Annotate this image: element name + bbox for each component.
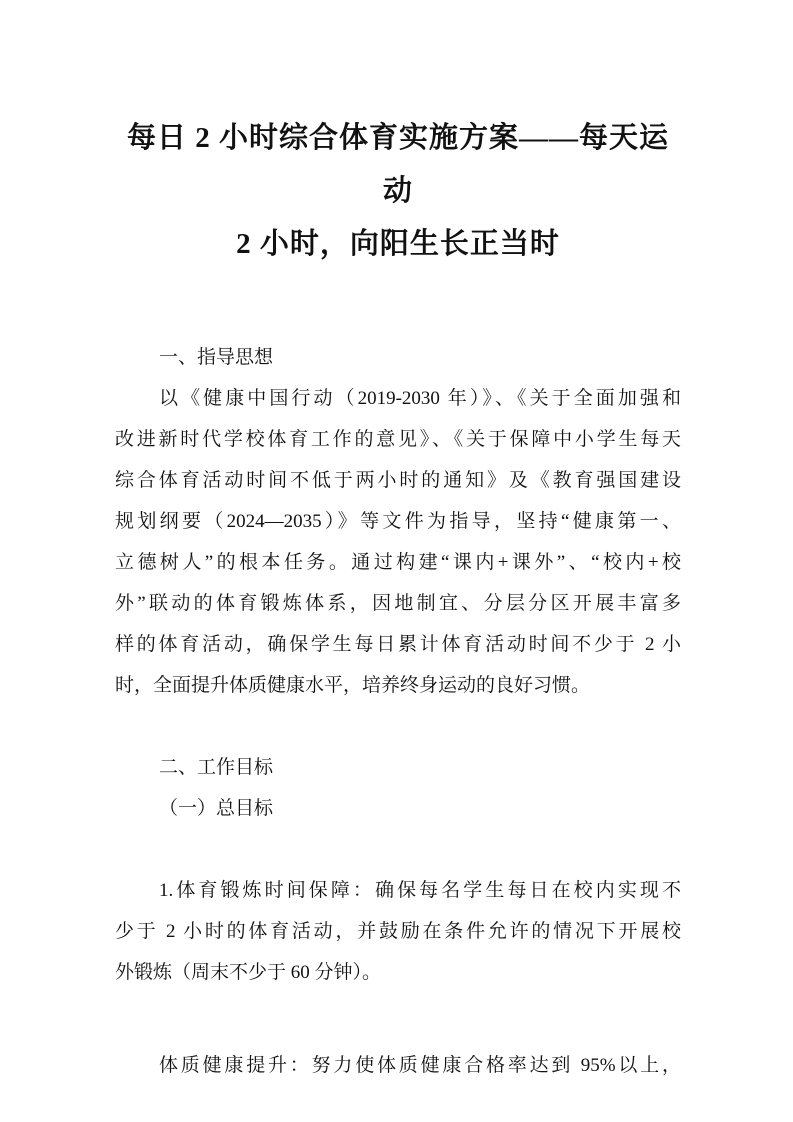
- paragraph-line: 1.体育锻炼时间保障：确保每名学生每日在校内实现不: [115, 870, 681, 911]
- paragraph-line: 体质健康提升：努力使体质健康合格率达到 95%以上，: [115, 1045, 681, 1086]
- paragraph-line: 少于 2 小时的体育活动，并鼓励在条件允许的情况下开展校: [115, 911, 681, 952]
- blank-line: [115, 706, 681, 747]
- document-page: 每日 2 小时综合体育实施方案——每天运动 2 小时，向阳生长正当时 一、指导思…: [0, 0, 793, 1122]
- section2-subheading: （一）总目标: [115, 788, 681, 829]
- paragraph-line: 综合体育活动时间不低于两小时的通知》及《教育强国建设: [115, 460, 681, 501]
- section1-heading: 一、指导思想: [115, 337, 681, 378]
- document-title: 每日 2 小时综合体育实施方案——每天运动 2 小时，向阳生长正当时: [115, 112, 681, 271]
- blank-line: [115, 829, 681, 870]
- title-line-1: 每日 2 小时综合体育实施方案——每天运动: [115, 112, 681, 218]
- document-body: 一、指导思想 以《健康中国行动（2019-2030 年）》、《关于全面加强和 改…: [115, 337, 681, 1086]
- paragraph-line: 外”联动的体育锻炼体系，因地制宜、分层分区开展丰富多: [115, 583, 681, 624]
- paragraph-line: 改进新时代学校体育工作的意见》、《关于保障中小学生每天: [115, 419, 681, 460]
- title-line-2: 2 小时，向阳生长正当时: [115, 218, 681, 271]
- section2-heading: 二、工作目标: [115, 747, 681, 788]
- paragraph-line: 样的体育活动，确保学生每日累计体育活动时间不少于 2 小: [115, 624, 681, 665]
- document-content: 每日 2 小时综合体育实施方案——每天运动 2 小时，向阳生长正当时 一、指导思…: [0, 0, 793, 1086]
- paragraph-line: 以《健康中国行动（2019-2030 年）》、《关于全面加强和: [115, 378, 681, 419]
- paragraph-line: 外锻炼（周末不少于 60 分钟）。: [115, 952, 681, 993]
- paragraph-line: 立德树人”的根本任务。通过构建“课内+课外”、“校内+校: [115, 542, 681, 583]
- paragraph-line: 规划纲要（2024—2035）》等文件为指导，坚持“健康第一、: [115, 501, 681, 542]
- paragraph-line: 时，全面提升体质健康水平，培养终身运动的良好习惯。: [115, 665, 681, 706]
- blank-line: [115, 993, 681, 1045]
